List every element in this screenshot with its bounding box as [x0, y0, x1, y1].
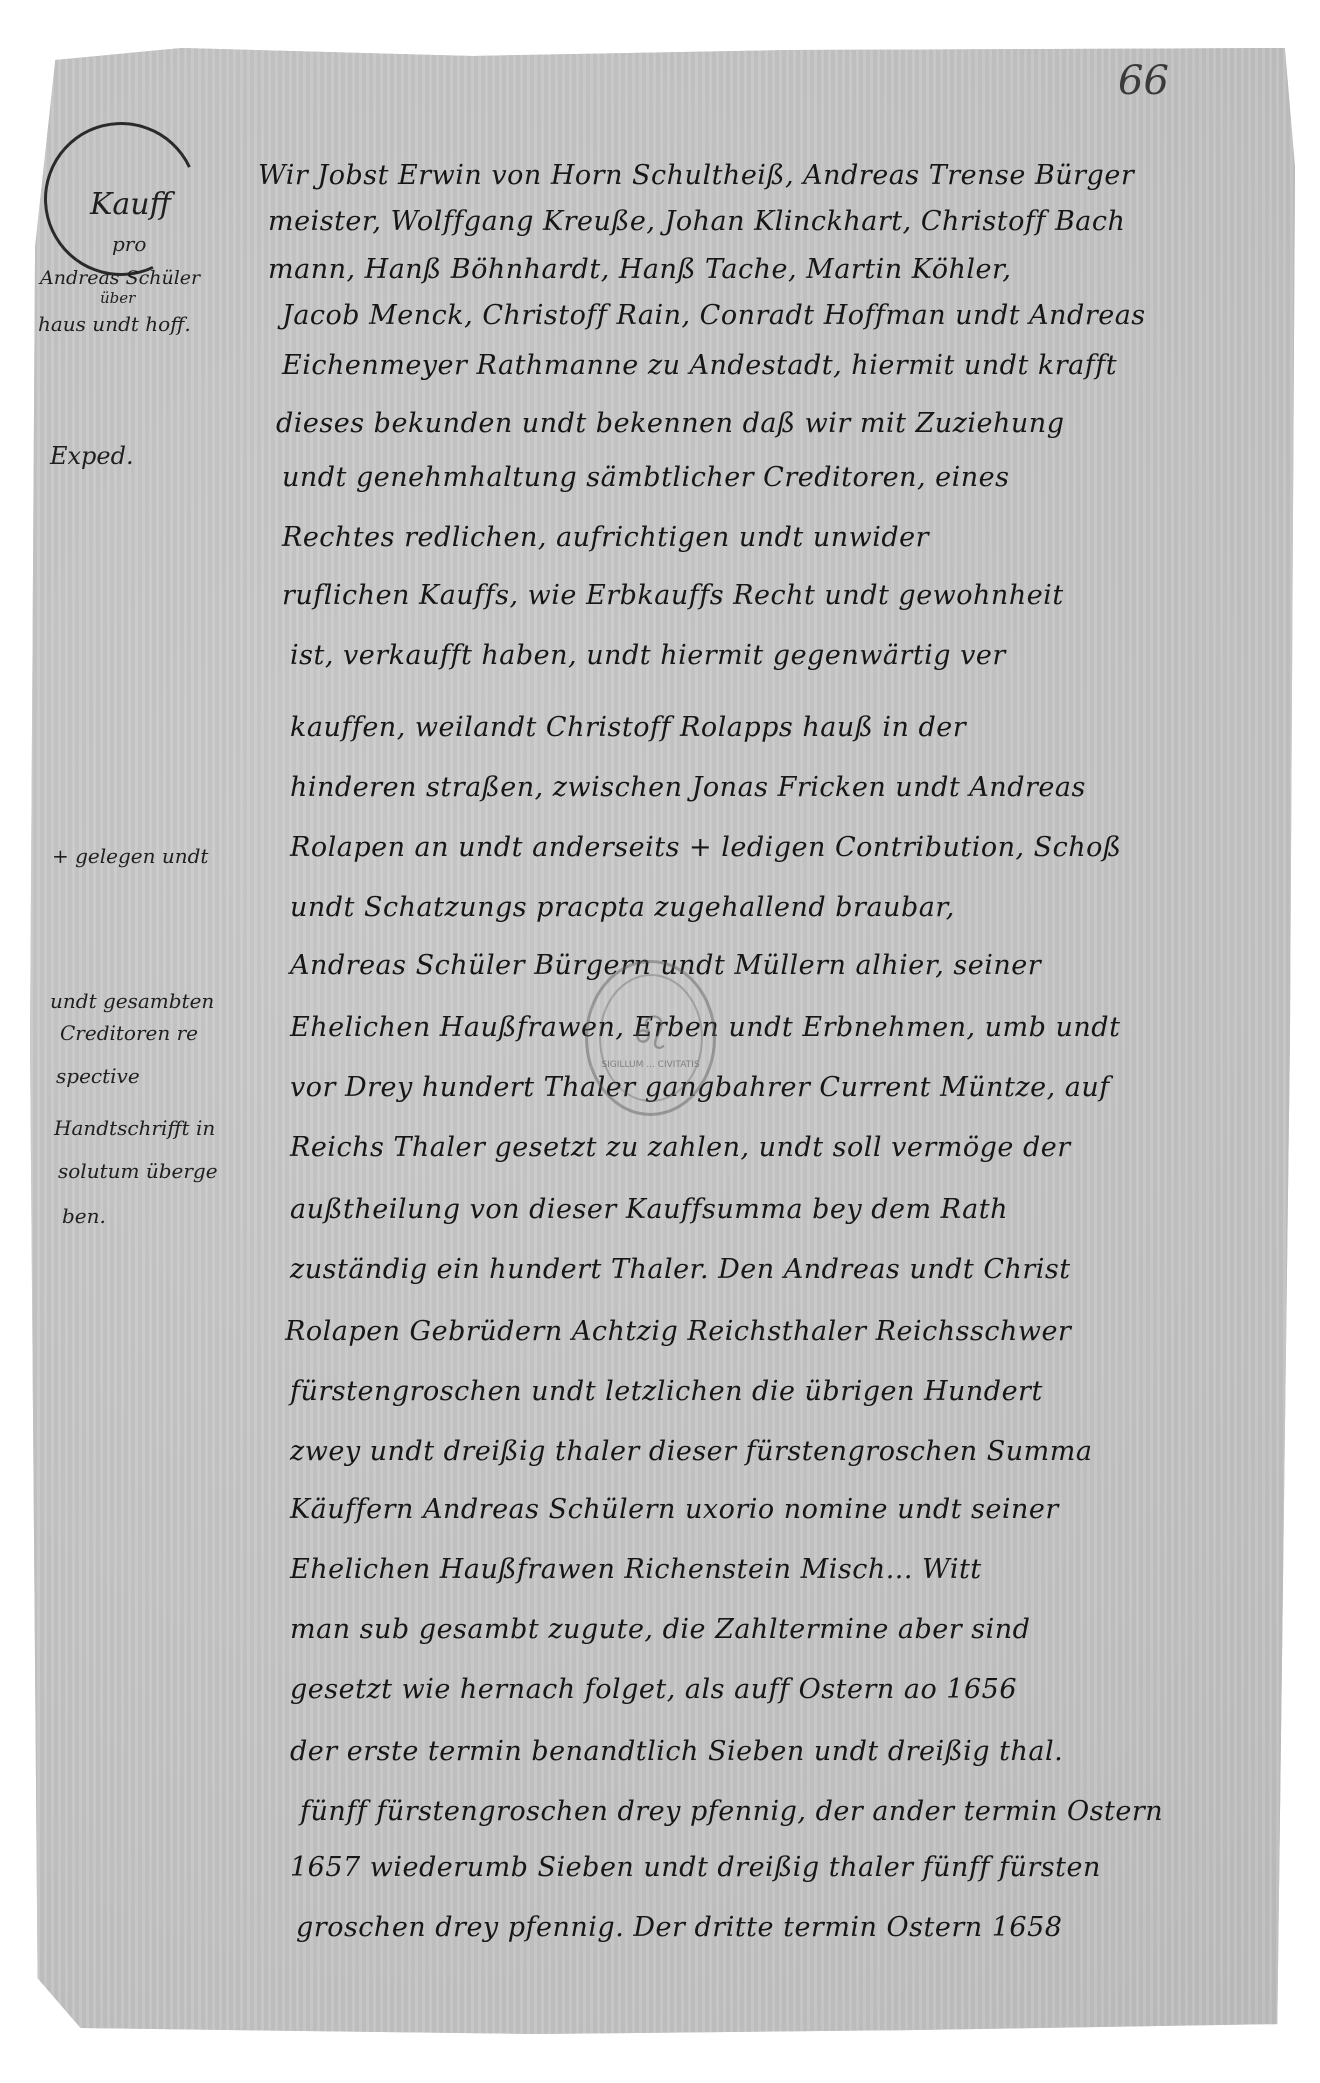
margin-note-line: Handtschrifft in: [54, 1117, 215, 1139]
margin-note-line: + gelegen undt: [52, 845, 208, 867]
body-line: undt Schatzungs pracpta zugehallend brau…: [290, 892, 955, 923]
body-line: 1657 wiederumb Sieben undt dreißig thale…: [290, 1852, 1101, 1883]
body-line: groschen drey pfennig. Der dritte termin…: [296, 1912, 1062, 1943]
body-line: ruflichen Kauffs, wie Erbkauffs Recht un…: [282, 580, 1064, 611]
body-line: mann, Hanß Böhnhardt, Hanß Tache, Martin…: [268, 254, 1012, 285]
margin-note-line: Kauff: [90, 188, 171, 221]
body-line: fürstengroschen undt letzlichen die übri…: [290, 1376, 1043, 1407]
margin-note-line: Exped.: [50, 443, 134, 469]
lion-emblem-icon: ♌: [601, 1006, 699, 1060]
body-line: zwey undt dreißig thaler dieser fürsteng…: [290, 1436, 1092, 1467]
body-line: zuständig ein hundert Thaler. Den Andrea…: [290, 1254, 1071, 1285]
body-line: außtheilung von dieser Kauffsumma bey de…: [290, 1194, 1008, 1225]
margin-note-line: haus undt hoff.: [38, 313, 191, 335]
body-line: Ehelichen Haußfrawen Richenstein Misch..…: [290, 1554, 982, 1585]
folio-number: 66: [1118, 58, 1169, 104]
body-line: undt genehmhaltung sämbtlicher Creditore…: [282, 462, 1010, 493]
body-line: der erste termin benandtlich Sieben undt…: [290, 1736, 1063, 1767]
body-line: gesetzt wie hernach folget, als auff Ost…: [290, 1674, 1017, 1705]
margin-note-line: Andreas Schüler: [40, 268, 200, 289]
body-line: Käuffern Andreas Schülern uxorio nomine …: [290, 1494, 1059, 1525]
margin-note-line: über: [100, 290, 135, 307]
margin-note-line: spective: [56, 1065, 140, 1087]
body-line: fünff fürstengroschen drey pfennig, der …: [300, 1796, 1163, 1827]
margin-note-line: Creditoren re: [60, 1022, 198, 1044]
seal-text: SIGILLUM ... CIVITATIS: [601, 1060, 699, 1070]
body-line: Wir Jobst Erwin von Horn Schultheiß, And…: [258, 160, 1134, 191]
body-line: Reichs Thaler gesetzt zu zahlen, undt so…: [290, 1132, 1071, 1163]
margin-note-line: pro: [112, 233, 146, 255]
body-line: dieses bekunden undt bekennen daß wir mi…: [276, 408, 1064, 439]
official-seal-stamp: ♌ SIGILLUM ... CIVITATIS: [585, 960, 716, 1116]
margin-note-line: solutum überge: [58, 1160, 218, 1182]
seal-inner-ring: ♌ SIGILLUM ... CIVITATIS: [599, 974, 703, 1102]
body-line: Jacob Menck, Christoff Rain, Conradt Hof…: [282, 300, 1146, 331]
body-line: man sub gesambt zugute, die Zahlterminе …: [290, 1614, 1030, 1645]
body-line: kauffen, weilandt Christoff Rolapps hauß…: [290, 712, 966, 743]
body-line: Rolapen an undt anderseits + ledigen Con…: [290, 832, 1121, 863]
margin-note-line: undt gesambten: [50, 990, 214, 1012]
margin-note-line: ben.: [62, 1205, 106, 1227]
body-line: Rolapen Gebrüdern Achtzig Reichsthaler R…: [285, 1316, 1071, 1347]
body-line: ist, verkaufft haben, undt hiermit gegen…: [290, 640, 1006, 671]
body-line: hinderen straßen, zwischen Jonas Fricken…: [290, 772, 1086, 803]
body-line: Rechtes redlichen, aufrichtigen undt unw…: [282, 522, 929, 553]
body-line: Eichenmeyer Rathmanne zu Andestadt, hier…: [282, 350, 1117, 381]
body-line: meister, Wolffgang Kreuße, Johan Klinckh…: [268, 206, 1125, 237]
